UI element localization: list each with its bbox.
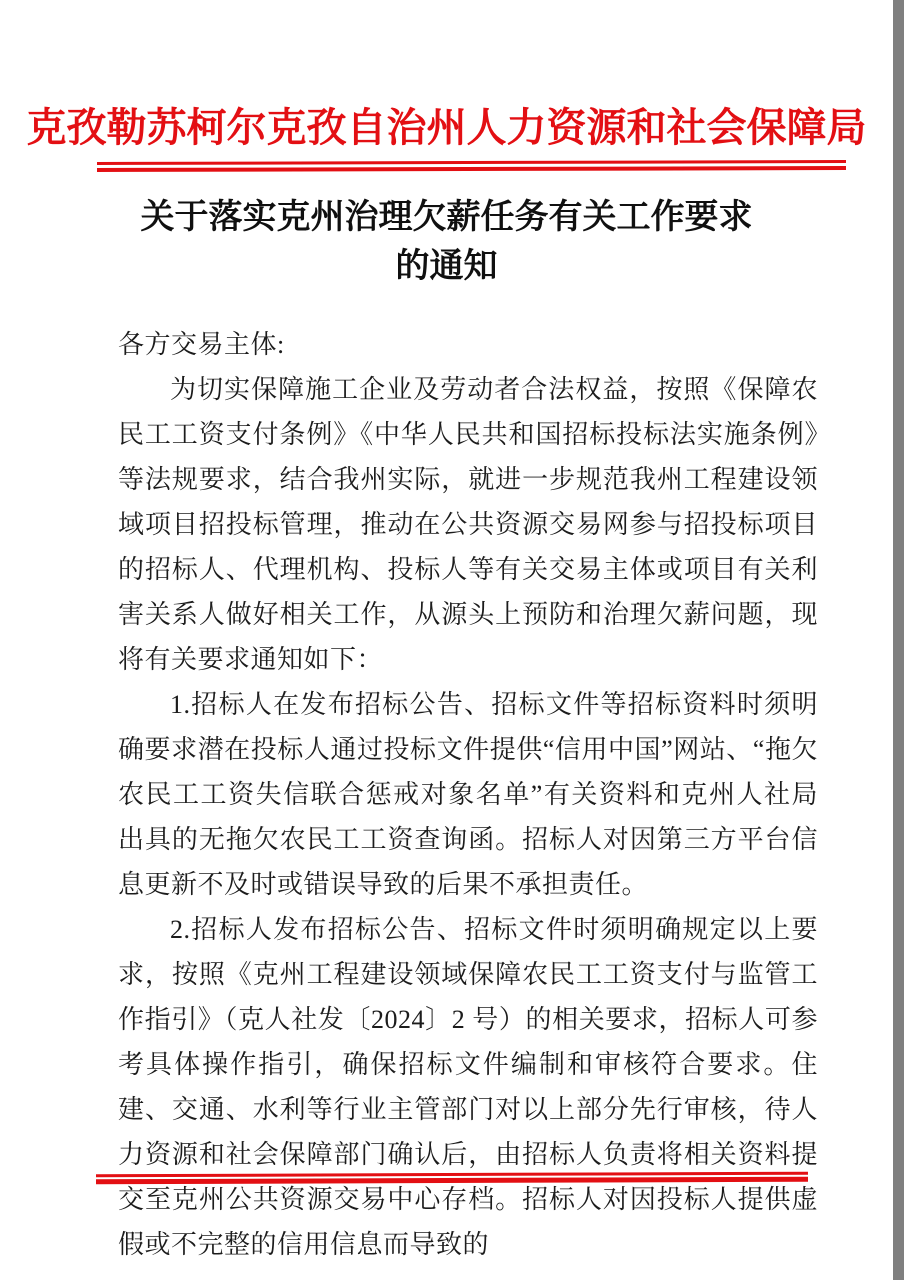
- agency-title: 克孜勒苏柯尔克孜自治州人力资源和社会保障局: [0, 96, 893, 153]
- body-paragraph-2: 1.招标人在发布招标公告、招标文件等招标资料时须明确要求潜在投标人通过投标文件提…: [118, 682, 818, 907]
- document-title-line1: 关于落实克州治理欠薪任务有关工作要求: [0, 193, 893, 242]
- page-edge-strip: [893, 0, 904, 1280]
- document-title: 关于落实克州治理欠薪任务有关工作要求 的通知: [0, 193, 893, 291]
- body-paragraph-3: 2.招标人发布招标公告、招标文件时须明确规定以上要求，按照《克州工程建设领域保障…: [118, 907, 818, 1267]
- body-paragraph-1: 为切实保障施工企业及劳动者合法权益，按照《保障农民工工资支付条例》《中华人民共和…: [118, 367, 818, 682]
- document-page: 克孜勒苏柯尔克孜自治州人力资源和社会保障局 关于落实克州治理欠薪任务有关工作要求…: [0, 0, 904, 1280]
- header-divider: [97, 160, 846, 172]
- document-body: 各方交易主体: 为切实保障施工企业及劳动者合法权益，按照《保障农民工工资支付条例…: [118, 322, 818, 1267]
- header-divider-bottom-rule: [97, 166, 846, 172]
- salutation: 各方交易主体:: [118, 322, 818, 367]
- document-title-line2: 的通知: [0, 242, 893, 291]
- header-divider-top-rule: [97, 160, 846, 165]
